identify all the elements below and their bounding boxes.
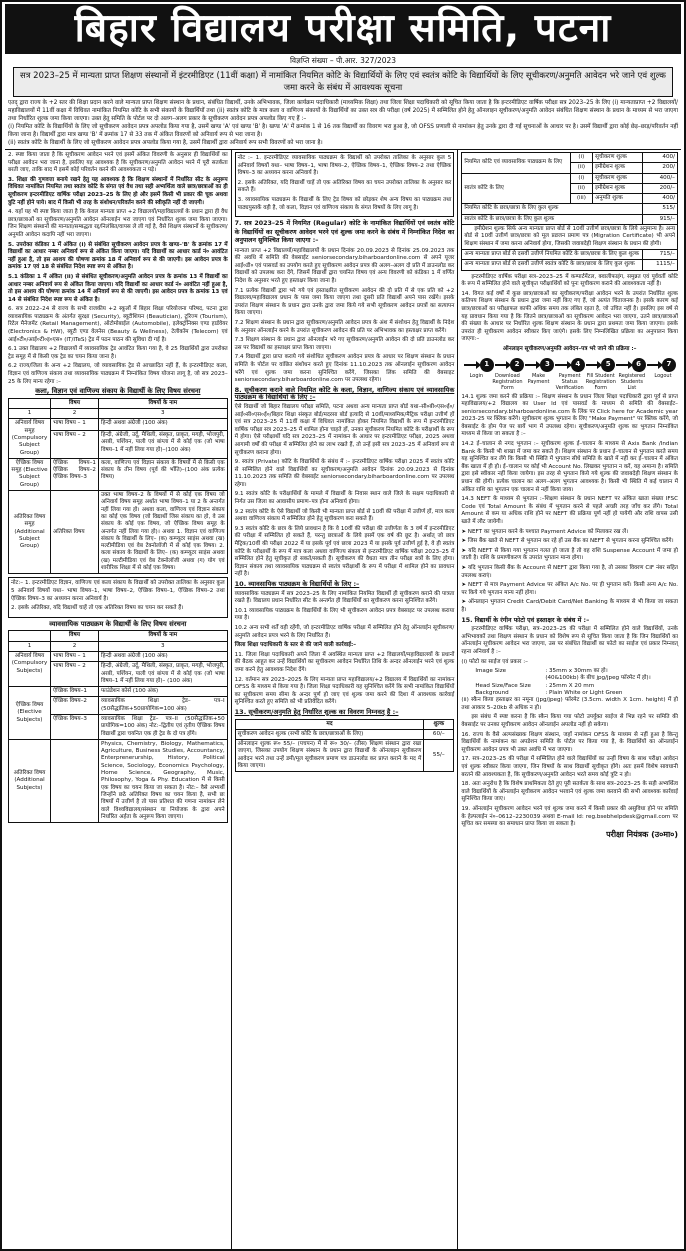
bullet-item: ➤ यदि NEFT से किया गया भुगतान गलत हो जात…	[461, 548, 678, 563]
fee-amount: 55/–	[424, 740, 454, 772]
fee-index: (ii)	[570, 163, 592, 173]
para-14-2: 14.2 ई–चालान से नगद भुगतान :– सूचीकरण शु…	[461, 441, 678, 494]
total-amount: 715/–	[642, 249, 677, 259]
step-label: Fill Student Registration Form	[586, 373, 616, 391]
notice-subject: सत्र 2023–25 में मान्यता प्राप्त शिक्षण …	[13, 67, 673, 97]
subject-cell: भाषा विषय – 1	[51, 651, 99, 661]
subject-structure-table-general: विषय विषयों के नाम 1 2 3 अनिवार्य विषय स…	[8, 398, 228, 575]
arrow-icon	[495, 364, 509, 366]
table1-header: विषयों के नाम	[99, 398, 228, 408]
para-4: 4. यहाँ यह भी स्पष्ट किया जाता है कि केव…	[8, 209, 228, 239]
table2-header: विषयों के नाम	[99, 631, 228, 641]
subject-cell: ऐच्छिक विषय–1	[51, 687, 99, 697]
fee-index: (iii)	[570, 194, 592, 204]
fee-category: स्वतंत्र कोटि के लिए	[462, 173, 570, 204]
signatory: परीक्षा नियंत्रक (उ०मा०)	[461, 831, 678, 839]
fee-item: सूचीकरण शुल्क	[593, 153, 643, 163]
intro-paragraph: एतद् द्वारा राज्य के +2 स्तर की शिक्षा प…	[8, 99, 678, 123]
total-label: नियमित कोटि के छात्र/छात्रा के लिए कुल श…	[462, 204, 642, 214]
table2-header	[9, 631, 51, 641]
fee-item: सूचीकरण आवेदन शुल्क (सभी कोटि के छात्र/छ…	[235, 729, 424, 739]
fee-amount: 400/–	[642, 173, 677, 183]
para-16: 16. राज्य के वैसे अल्पसंख्यक शिक्षण संस्…	[461, 732, 678, 755]
names-cell: व्यावसायिक शिक्षा ट्रेड– पत्र–II (50सैद्…	[99, 714, 228, 739]
para-9: 9. स्वतंत्र (Private) कोटि के विद्यार्थि…	[235, 459, 455, 489]
subject-cell: भाषा विषय – 2	[51, 662, 99, 687]
para-14-1: 14.1 शुल्क जमा करने की प्रक्रिया :– शिक्…	[461, 394, 678, 440]
para-17: 17. सत्र–2023–25 की परीक्षा में सम्मिलित…	[461, 756, 678, 779]
step-label: Logout	[648, 373, 678, 391]
photo-note: इस संबंध में स्पष्ट करना है कि स्कैन किय…	[461, 714, 678, 729]
column-1: 2. स्पष्ट किया जाता है कि सूचीकरण आवेदन …	[5, 150, 232, 1251]
para-15-body: इन्टरमीडिएट वार्षिक परीक्षा, सत्र–2023–2…	[461, 626, 678, 656]
names-cell: कला, वाणिज्य एवं विज्ञान संकाय के विषयों…	[99, 458, 228, 490]
subject-cell: ऐच्छिक विषय–2	[51, 697, 99, 715]
subject-cell: ऐच्छिक विषय–1 ऐच्छिक विषय–2 ऐच्छिक विषय–…	[51, 458, 99, 490]
names-cell: हिन्दी, अंग्रेजी, उर्दू, मैथिली, संस्कृत…	[99, 430, 228, 458]
total-row: अन्य मान्यता प्राप्त बोर्ड से दसवीं उत्त…	[462, 260, 678, 270]
para-19: 19. ऑनलाईन सूचीकरण आवेदन भरने एवं शुल्क …	[461, 806, 678, 829]
fee-amount: 200/–	[642, 183, 677, 193]
vocational-note-2: 2. इसके अतिरिक्त, यदि विद्यार्थी चाहें त…	[238, 180, 452, 195]
para-7-1: 7.1 प्रत्येक विद्यार्थी द्वारा भरे गये ए…	[235, 288, 455, 318]
intro-point-i: (i) नियमित कोटि के विद्यार्थियों के लिए …	[8, 123, 678, 139]
bullet-item: ➤ जिस बैंक खाते से NEFT से भुगतान कर रहे…	[461, 538, 678, 546]
table1-index: 1	[9, 409, 51, 419]
note-1: नोट:– 1. इन्टरमीडिएट विज्ञान, वाणिज्य एव…	[11, 580, 225, 603]
table-row: ऐच्छिक विषय समूह (Elective Subject Group…	[9, 458, 228, 490]
spec-value: (40&100kb) के बीच jpg/jpeg फॉरमेट में हो…	[545, 675, 678, 682]
para-6: 6. सत्र 2022–24 से राज्य के सभी राजकीय +…	[8, 306, 228, 344]
para-7-3: 7.3 शिक्षण संस्थान के प्रधान द्वारा ऑनला…	[235, 337, 455, 352]
para-14: 14. विगत कई वर्षों में कुछ छात्र/छात्राओ…	[461, 291, 678, 344]
group-cell: अतिरिक्त विषय समूह (Additional Subject G…	[9, 491, 51, 574]
para-5-1: 5.1 कंडिका 1 में अंकित (ii) से संबंधित स…	[8, 274, 228, 304]
step-label: Payment Status Verification	[555, 373, 585, 391]
fee-amount: 60/–	[424, 729, 454, 739]
intro-point-ii: (ii) स्वतंत्र कोटि के विद्यार्थी के लिए …	[8, 139, 678, 147]
notice-number: विज्ञप्ति संख्या – पी.आर. 327/2023	[5, 56, 681, 66]
migration-note: इमीग्रेशन शुल्क सिर्फ अन्य मान्यता प्राप…	[462, 225, 678, 250]
group-cell: ऐच्छिक विषय समूह (Elective Subject Group…	[9, 458, 51, 490]
step-label: Registered Students List	[617, 373, 647, 391]
para-5: 5. उपरोक्त कंडिका 1 में अंकित (i) से संब…	[8, 242, 228, 272]
para-9-3: 9.3 स्वतंत्र कोटि के छात्र के लिये प्राव…	[235, 526, 455, 579]
total-label: अन्य मान्यता प्राप्त बोर्ड से दसवीं उत्त…	[462, 260, 642, 270]
signature-spec: (ii) स्कैन किया हस्ताक्षर का नमूना (jpg/…	[461, 697, 678, 712]
fee-index: (i)	[570, 173, 592, 183]
vocational-note-1: नोट :– 1. इन्टरमीडिएट व्यावसायिक पाठ्यक्…	[238, 155, 452, 178]
total-row: नियमित कोटि के छात्र/छात्रा के लिए कुल श…	[462, 204, 678, 214]
group-cell: अनिवार्य विषय (Compulsory Subjects)	[9, 651, 51, 686]
table1-note: नोट:– 1. इन्टरमीडिएट विज्ञान, वाणिज्य एव…	[8, 577, 228, 617]
table2-index: 3	[99, 641, 228, 651]
bullet-item: ➤ ऑनलाइन भुगतान Credit Card/Debit Card/N…	[461, 599, 678, 614]
table2-header: विषय	[51, 631, 99, 641]
photo-intro: (i) फोटो का साईज एवं प्रकार :–	[461, 659, 678, 667]
bullet-item: ➤ यदि भुगतान किसी बैंक के Account से NEF…	[461, 565, 678, 580]
subject-cell: भाषा विषय – 1	[51, 419, 99, 431]
para-7-body: मान्यता प्राप्त +2 विद्यालयों/महाविद्याल…	[235, 248, 455, 286]
para-18: 18. अतः अनुरोध है कि विशेष प्राथमिकता दे…	[461, 781, 678, 804]
names-cell: हिन्दी अथवा अंग्रेजी (100 अंक)	[99, 651, 228, 661]
group-cell: ऐच्छिक विषय (Elective Subjects)	[9, 687, 51, 740]
table-row: ऑनलाइन शुल्क रू० 55/– (पचपन) में से रू० …	[235, 740, 454, 772]
step-label: Make Payment	[524, 373, 554, 391]
para-8-heading: 8. सूचीकरण कराने वाले नियमित कोटि के कला…	[235, 387, 455, 402]
total-amount: 515/	[642, 204, 677, 214]
table1-title: कला, विज्ञान एवं वाणिज्य संकाय के विद्या…	[8, 388, 228, 396]
arrow-icon	[586, 364, 600, 366]
arrow-icon	[464, 364, 478, 366]
para-3: 3. शिक्षा की गुणवत्ता बनाये रखने हेतु यह…	[8, 177, 228, 207]
fee-amount: 400/	[642, 153, 677, 163]
masthead-title: बिहार विद्यालय परीक्षा समिति, पटना	[5, 4, 681, 54]
step-label: Download Registration Form	[492, 373, 522, 391]
total-label: अन्य मान्यता प्राप्त बोर्ड से दसवीं उत्त…	[462, 249, 642, 259]
note-2: 2. इसके अतिरिक्त, यदि विद्यार्थी चाहें त…	[11, 605, 225, 613]
para-14-3: 14.3 NEFT के माध्यम से भुगतान :–शिक्षण स…	[461, 496, 678, 526]
bullet-item: ➤ NEFT का भुगतान करने के पश्चात Payment …	[461, 529, 678, 537]
names-cell: फाउंडेशन कोर्स (100 अंक)	[99, 687, 228, 697]
table1-index: 2	[51, 409, 99, 419]
table2-title: व्यावसायिक पाठ्यक्रम के विद्यार्थी के लि…	[8, 621, 228, 629]
vocational-note-box: नोट :– 1. इन्टरमीडिएट व्यावसायिक पाठ्यक्…	[235, 152, 455, 217]
para-2: 2. स्पष्ट किया जाता है कि सूचीकरण आवेदन …	[8, 152, 228, 175]
step-5-icon: 5	[601, 358, 615, 372]
names-cell: व्यावसायिक शिक्षा ट्रेड– पत्र–I (50सैद्ध…	[99, 697, 228, 715]
para-10-1: 10.1 व्यावसायिक पाठ्यक्रम के विद्यार्थिय…	[235, 608, 455, 623]
column-2: नोट :– 1. इन्टरमीडिएट व्यावसायिक पाठ्यक्…	[232, 150, 459, 1251]
arrow-icon	[555, 364, 569, 366]
para-7-2: 7.2 शिक्षण संस्थान के प्रधान द्वारा सूची…	[235, 320, 455, 335]
fee-index: (ii)	[570, 183, 592, 193]
para-6-2: 6.2 राज्य/जिला के अन्य +2 विद्यालय, जो व…	[8, 363, 228, 386]
bullet-item: ➤ NEFT से मात्र Payment Advice पर अंकित …	[461, 582, 678, 597]
names-cell: Physics, Chemistry, Biology, Mathematics…	[99, 739, 228, 822]
fee-item: इमीग्रेशन शुल्क	[593, 183, 643, 193]
step-1-icon: 1	[480, 358, 494, 372]
table-row: ऐच्छिक विषय (Elective Subjects) ऐच्छिक व…	[9, 687, 228, 697]
fee-table-header: शुल्क	[424, 719, 454, 729]
fee-amount: 400/	[642, 194, 677, 204]
subject-cell: ऐच्छिक विषय–3	[51, 714, 99, 739]
table-row: स्वतंत्र कोटि के लिए (i) सूचीकरण शुल्क 4…	[462, 173, 678, 183]
para-7: 7. सत्र 2023–25 में नियमित (Regular) कोट…	[235, 220, 455, 246]
para-13-heading: 13. सूचीकरण/अनुमति हेतु निर्धारित शुल्क …	[235, 709, 455, 717]
subject-structure-table-vocational: विषय विषयों के नाम 1 2 3 अनिवार्य विषय (…	[8, 630, 228, 823]
para-15-heading: 15. विद्यार्थी के रंगीन फोटो एवं हस्ताक्…	[461, 617, 678, 625]
para-7-4: 7.4 विद्यार्थी द्वारा प्राप्त कराये गये …	[235, 354, 455, 384]
table-row: सूचीकरण आवेदन शुल्क (सभी कोटि के छात्र/छ…	[235, 729, 454, 739]
process-step-labels: Login Download Registration Form Make Pa…	[461, 373, 678, 391]
fee-summary-table: नियमित कोटि एवं व्यावसायिक पाठ्यक्रम के …	[461, 152, 678, 271]
fee-index: (i)	[570, 153, 592, 163]
names-cell: हिन्दी अथवा अंग्रेजी (100 अंक)	[99, 419, 228, 431]
table-row: अनिवार्य विषय समूह (Compulsory Subject G…	[9, 419, 228, 431]
process-title: ऑनलाइन सूचीकरण/अनुमति आवेदन–पत्र भरे जान…	[461, 346, 678, 354]
step-2-icon: 2	[510, 358, 524, 372]
table1-index: 3	[99, 409, 228, 419]
column-3: नियमित कोटि एवं व्यावसायिक पाठ्यक्रम के …	[458, 150, 681, 1251]
table1-header	[9, 398, 51, 408]
photo-spec: Image Size: 35mm x 30mm का हो। (40&100kb…	[461, 668, 678, 697]
arrow-icon	[647, 364, 661, 366]
table-row: अतिरिक्त विषय (Additional Subjects) Phys…	[9, 739, 228, 822]
para-12: 12. वर्तमान सत्र 2023–2025 के लिए मान्यत…	[235, 677, 455, 707]
subject-cell: अतिरिक्त विषय	[51, 491, 99, 574]
para-8-body: ऐसे विद्यार्थी जो बिहार विद्यालय परीक्षा…	[235, 404, 455, 457]
table1-header: विषय	[51, 398, 99, 408]
vocational-note-3: 3. व्यावसायिक पाठ्यक्रम के विद्यार्थी के…	[238, 197, 452, 212]
fee-table-header: मद	[235, 719, 424, 729]
para-13-note: इन्टरमीडिएट वार्षिक परीक्षा सत्र–2023–25…	[461, 274, 678, 289]
para-11: 11. जिला शिक्षा पदाधिकारी अपने जिला में …	[235, 652, 455, 675]
para-11-heading: जिला शिक्षा पदाधिकारी के स्तर से की जाने…	[235, 642, 455, 650]
para-10-heading: 10. व्यावसायिक पाठ्यक्रम के विद्यार्थियो…	[235, 581, 455, 589]
total-label: स्वतंत्र कोटि के छात्र/छात्रा के लिए कुल…	[462, 214, 642, 224]
step-7-icon: 7	[662, 358, 676, 372]
spec-key: Head Size/Face Size	[475, 683, 545, 690]
names-cell: उक्त भाषा विषय–2 के विषयों में से कोई एक…	[99, 491, 228, 574]
para-9-1: 9.1 स्वतंत्र कोटि के परीक्षार्थियों के म…	[235, 491, 455, 506]
bullet-arrow-icon: ➤	[461, 565, 468, 571]
notice-page: बिहार विद्यालय परीक्षा समिति, पटना विज्ञ…	[0, 0, 686, 1251]
table-row: नियमित कोटि एवं व्यावसायिक पाठ्यक्रम के …	[462, 153, 678, 163]
para-10-body: व्यावसायिक पाठ्यक्रम में सत्र 2023–25 के…	[235, 591, 455, 606]
step-6-icon: 6	[632, 358, 646, 372]
total-amount: 1115/–	[642, 260, 677, 270]
registration-fee-table: मद शुल्क सूचीकरण आवेदन शुल्क (सभी कोटि क…	[235, 719, 455, 773]
fee-category: नियमित कोटि एवं व्यावसायिक पाठ्यक्रम के …	[462, 153, 570, 174]
three-column-body: 2. स्पष्ट किया जाता है कि सूचीकरण आवेदन …	[5, 150, 681, 1251]
spec-key	[475, 675, 545, 682]
para-9-2: 9.2 स्वतंत्र कोटि के ऐसे विद्यार्थी जो क…	[235, 509, 455, 524]
para-10-2: 10.2 अन्य सभी शर्तें वही रहेंगी, जो इन्ट…	[235, 625, 455, 640]
fee-item: ऑनलाइन शुल्क रू० 55/– (पचपन) में से रू० …	[235, 740, 424, 772]
total-amount: 915/–	[642, 214, 677, 224]
total-row: अन्य मान्यता प्राप्त बोर्ड से दसवीं उत्त…	[462, 249, 678, 259]
step-4-icon: 4	[571, 358, 585, 372]
step-3-icon: 3	[540, 358, 554, 372]
subject-cell: भाषा विषय – 2	[51, 430, 99, 458]
fee-amount: 200/	[642, 163, 677, 173]
table2-index: 2	[51, 641, 99, 651]
table-row: अनिवार्य विषय (Compulsory Subjects) भाषा…	[9, 651, 228, 661]
arrow-icon	[616, 364, 630, 366]
subject-cell	[51, 739, 99, 822]
spec-key: Image Size	[475, 668, 545, 675]
fee-item: सूचीकरण शुल्क	[593, 173, 643, 183]
group-cell: अनिवार्य विषय समूह (Compulsory Subject G…	[9, 419, 51, 458]
arrow-icon	[525, 364, 539, 366]
group-cell: अतिरिक्त विषय (Additional Subjects)	[9, 739, 51, 822]
para-6-1: 6.1 उक्त विद्यालय +2 विद्यालयों में व्या…	[8, 346, 228, 361]
table-row: अतिरिक्त विषय समूह (Additional Subject G…	[9, 491, 228, 574]
spec-value: : 25mm X 20 mm	[545, 683, 678, 690]
table2-index: 1	[9, 641, 51, 651]
total-row: स्वतंत्र कोटि के छात्र/छात्रा के लिए कुल…	[462, 214, 678, 224]
names-cell: हिन्दी, अंग्रेजी, उर्दू, मैथिली, संस्कृत…	[99, 662, 228, 687]
fee-item: अनुमति शुल्क	[593, 194, 643, 204]
fee-item: इमीग्रेशन शुल्क	[593, 163, 643, 173]
process-flow: 1 2 3 4 5 6 7	[463, 358, 676, 372]
intro-section: एतद् द्वारा राज्य के +2 स्तर की शिक्षा प…	[5, 97, 681, 150]
step-label: Login	[461, 373, 491, 391]
